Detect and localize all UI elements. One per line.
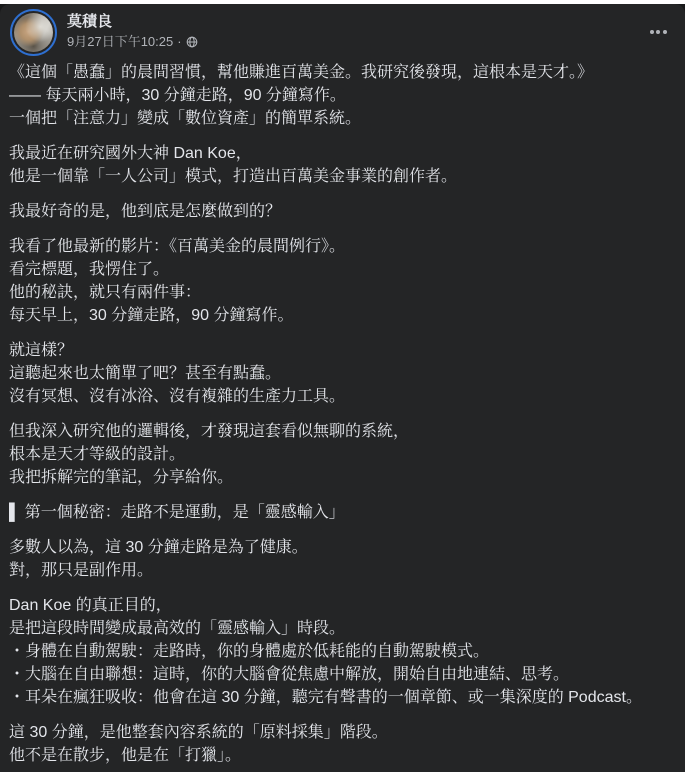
profile-avatar[interactable] <box>10 9 57 56</box>
post-text: 《這個「愚蠢」的晨間習慣，幫他賺進百萬美金。我研究後發現，這根本是天才。》 ——… <box>0 56 685 767</box>
post-paragraph: 我最好奇的是，他到底是怎麼做到的？ <box>9 200 677 223</box>
post-paragraph: 我看了他最新的影片：《百萬美金的晨間例行》。 看完標題，我愣住了。 他的秘訣，就… <box>9 235 677 327</box>
meta-separator: · <box>177 33 181 50</box>
post-paragraph: 就這樣？ 這聽起來也太簡單了吧？甚至有點蠢。 沒有冥想、沒有冰浴、沒有複雜的生產… <box>9 339 677 408</box>
author-name[interactable]: 莫積良 <box>67 12 198 31</box>
post-paragraph: 我最近在研究國外大神 Dan Koe， 他是一個靠「一人公司」模式，打造出百萬美… <box>9 142 677 188</box>
post-paragraph: 這 30 分鐘，是他整套內容系統的「原料採集」階段。 他不是在散步，他是在「打獵… <box>9 721 677 767</box>
avatar-photo <box>14 13 53 52</box>
post-timestamp[interactable]: 9月27日下午10:25 <box>67 33 173 50</box>
post-header: 莫積良 9月27日下午10:25 · <box>0 4 685 56</box>
post-paragraph: 但我深入研究他的邏輯後，才發現這套看似無聊的系統， 根本是天才等級的設計。 我把… <box>9 420 677 489</box>
post-paragraph: 《這個「愚蠢」的晨間習慣，幫他賺進百萬美金。我研究後發現，這根本是天才。》 ——… <box>9 61 677 130</box>
post-paragraph: ▌ 第一個秘密：走路不是運動，是「靈感輸入」 <box>9 501 677 524</box>
page-background: 莫積良 9月27日下午10:25 · 《這個「愚蠢」的晨間習慣，幫他賺進百萬美 <box>0 4 685 772</box>
post-meta-row: 9月27日下午10:25 · <box>67 33 198 50</box>
globe-privacy-icon <box>186 36 198 48</box>
post-paragraph: 多數人以為，這 30 分鐘走路是為了健康。 對，那只是副作用。 <box>9 536 677 582</box>
post-paragraph: Dan Koe 的真正目的， 是把這段時間變成最高效的「靈感輸入」時段。 ・身體… <box>9 594 677 709</box>
header-meta: 莫積良 9月27日下午10:25 · <box>67 9 198 50</box>
post-card: 莫積良 9月27日下午10:25 · 《這個「愚蠢」的晨間習慣，幫他賺進百萬美 <box>0 4 685 772</box>
post-options-button[interactable] <box>641 15 675 49</box>
ellipsis-icon <box>650 30 667 34</box>
